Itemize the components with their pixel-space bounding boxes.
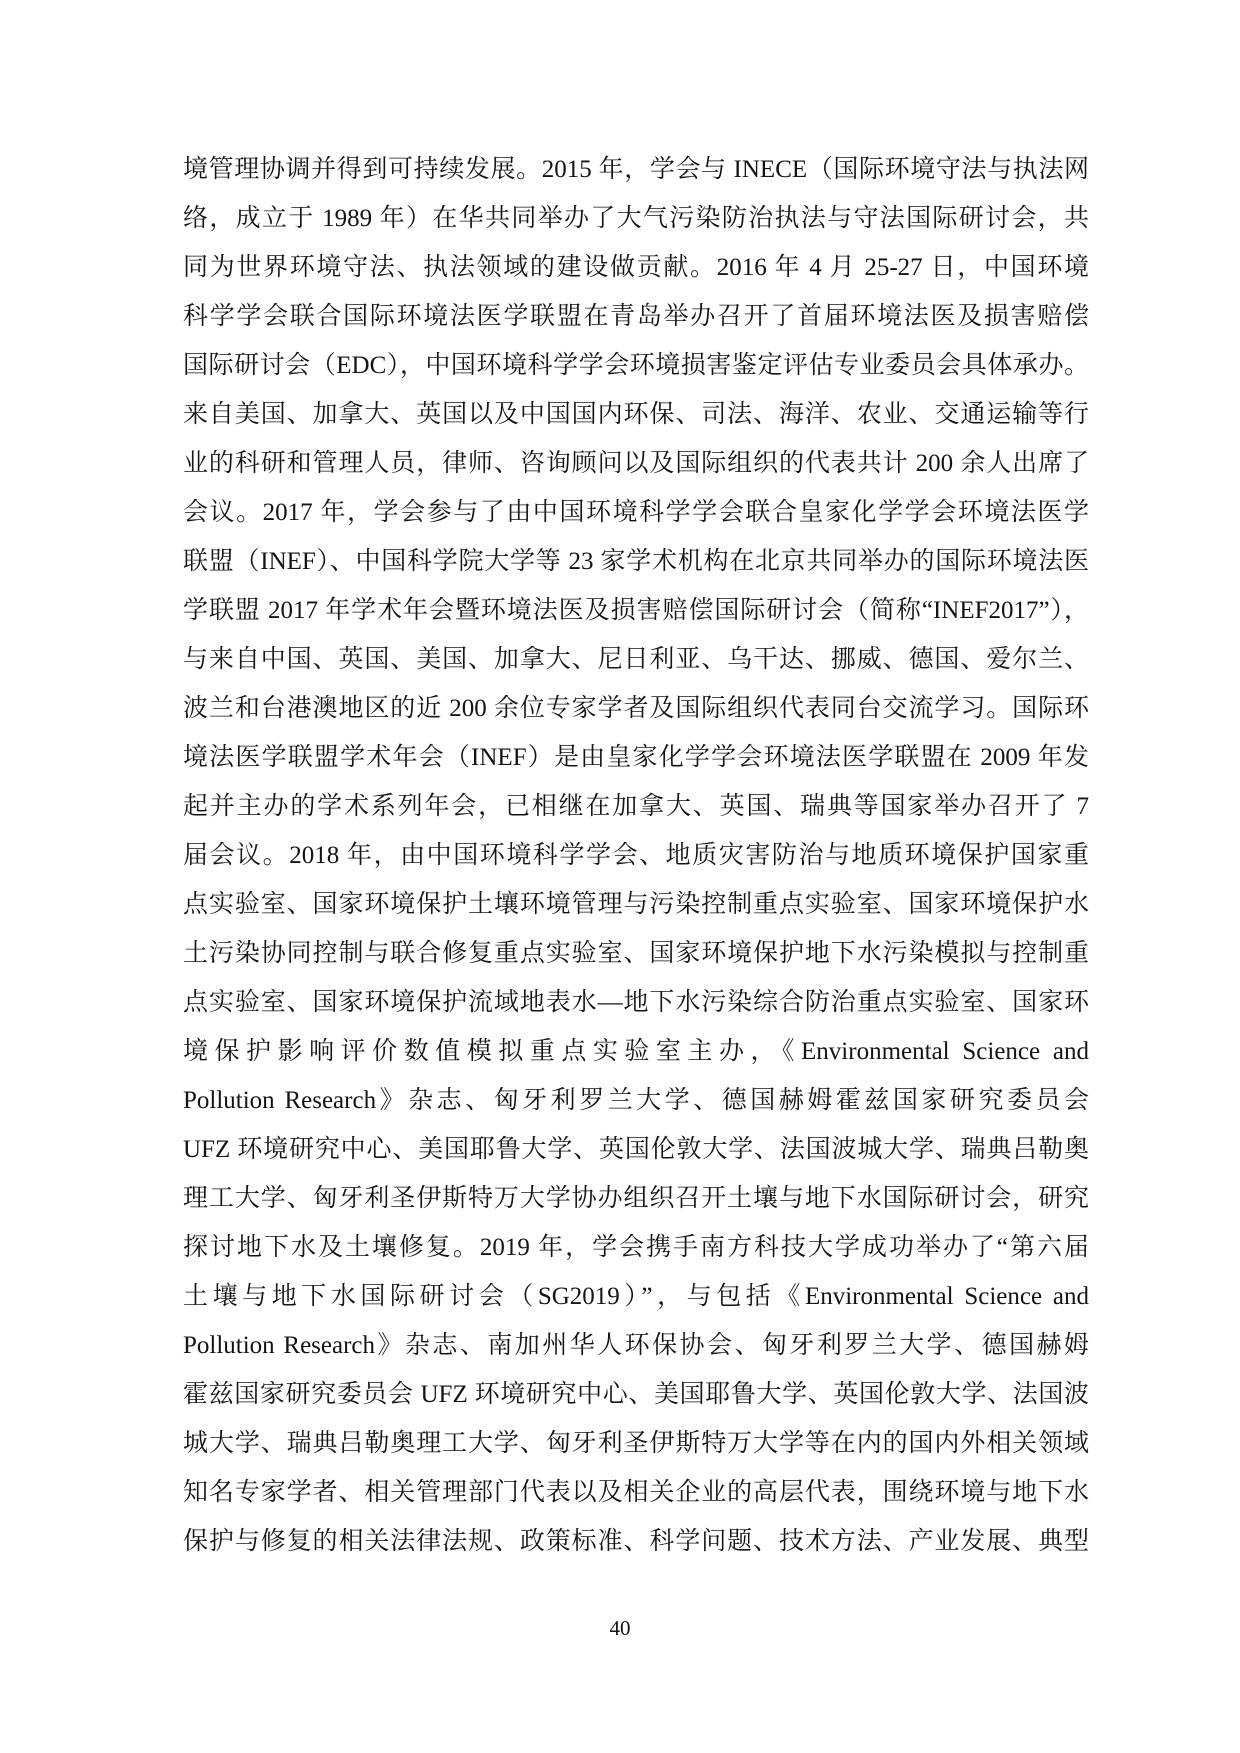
text-line: 探讨地下水及土壤修复。2019 年，学会携手南方科技大学成功举办了“第六届 (183, 1223, 1089, 1272)
text-line: 联盟（INEF）、中国科学院大学等 23 家学术机构在北京共同举办的国际环境法医 (183, 537, 1089, 586)
page-number: 40 (0, 1614, 1240, 1642)
text-line: 同为世界环境守法、执法领域的建设做贡献。2016 年 4 月 25-27 日，中… (183, 243, 1089, 292)
text-line: 霍兹国家研究委员会 UFZ 环境研究中心、美国耶鲁大学、英国伦敦大学、法国波 (183, 1370, 1089, 1419)
text-line: 起并主办的学术系列年会，已相继在加拿大、英国、瑞典等国家举办召开了 7 (183, 782, 1089, 831)
text-line: 与来自中国、英国、美国、加拿大、尼日利亚、乌干达、挪威、德国、爱尔兰、 (183, 635, 1089, 684)
text-line: 土污染协同控制与联合修复重点实验室、国家环境保护地下水污染模拟与控制重 (183, 929, 1089, 978)
text-line: 国际研讨会（EDC），中国环境科学学会环境损害鉴定评估专业委员会具体承办。 (183, 341, 1089, 390)
text-line: UFZ 环境研究中心、美国耶鲁大学、英国伦敦大学、法国波城大学、瑞典吕勒奥 (183, 1125, 1089, 1174)
text-line: Pollution Research》杂志、南加州华人环保协会、匈牙利罗兰大学、… (183, 1321, 1089, 1370)
text-line: 科学学会联合国际环境法医学联盟在青岛举办召开了首届环境法医及损害赔偿 (183, 292, 1089, 341)
body-text: 境管理协调并得到可持续发展。2015 年，学会与 INECE（国际环境守法与执法… (183, 145, 1089, 1566)
text-line: 学联盟 2017 年学术年会暨环境法医及损害赔偿国际研讨会（简称“INEF201… (183, 586, 1089, 635)
text-line: 境保护影响评价数值模拟重点实验室主办，《Environmental Scienc… (183, 1027, 1089, 1076)
text-line: 境管理协调并得到可持续发展。2015 年，学会与 INECE（国际环境守法与执法… (183, 145, 1089, 194)
text-line: 点实验室、国家环境保护流域地表水—地下水污染综合防治重点实验室、国家环 (183, 978, 1089, 1027)
text-line: 境法医学联盟学术年会（INEF）是由皇家化学学会环境法医学联盟在 2009 年发 (183, 733, 1089, 782)
text-line: 理工大学、匈牙利圣伊斯特万大学协办组织召开土壤与地下水国际研讨会，研究 (183, 1174, 1089, 1223)
text-line: 届会议。2018 年，由中国环境科学学会、地质灾害防治与地质环境保护国家重 (183, 831, 1089, 880)
text-line: 知名专家学者、相关管理部门代表以及相关企业的高层代表，围绕环境与地下水 (183, 1468, 1089, 1517)
text-line: 保护与修复的相关法律法规、政策标准、科学问题、技术方法、产业发展、典型 (183, 1517, 1089, 1566)
text-line: 会议。2017 年，学会参与了由中国环境科学学会联合皇家化学学会环境法医学 (183, 488, 1089, 537)
text-line: 波兰和台港澳地区的近 200 余位专家学者及国际组织代表同台交流学习。国际环 (183, 684, 1089, 733)
text-line: 点实验室、国家环境保护土壤环境管理与污染控制重点实验室、国家环境保护水 (183, 880, 1089, 929)
text-line: Pollution Research》杂志、匈牙利罗兰大学、德国赫姆霍兹国家研究… (183, 1076, 1089, 1125)
text-line: 来自美国、加拿大、英国以及中国国内环保、司法、海洋、农业、交通运输等行 (183, 390, 1089, 439)
text-line: 土壤与地下水国际研讨会（SG2019）”，与包括《Environmental S… (183, 1272, 1089, 1321)
text-line: 城大学、瑞典吕勒奥理工大学、匈牙利圣伊斯特万大学等在内的国内外相关领域 (183, 1419, 1089, 1468)
text-line: 业的科研和管理人员，律师、咨询顾问以及国际组织的代表共计 200 余人出席了 (183, 439, 1089, 488)
text-line: 络，成立于 1989 年）在华共同举办了大气污染防治执法与守法国际研讨会，共 (183, 194, 1089, 243)
document-page: 境管理协调并得到可持续发展。2015 年，学会与 INECE（国际环境守法与执法… (0, 0, 1240, 1753)
